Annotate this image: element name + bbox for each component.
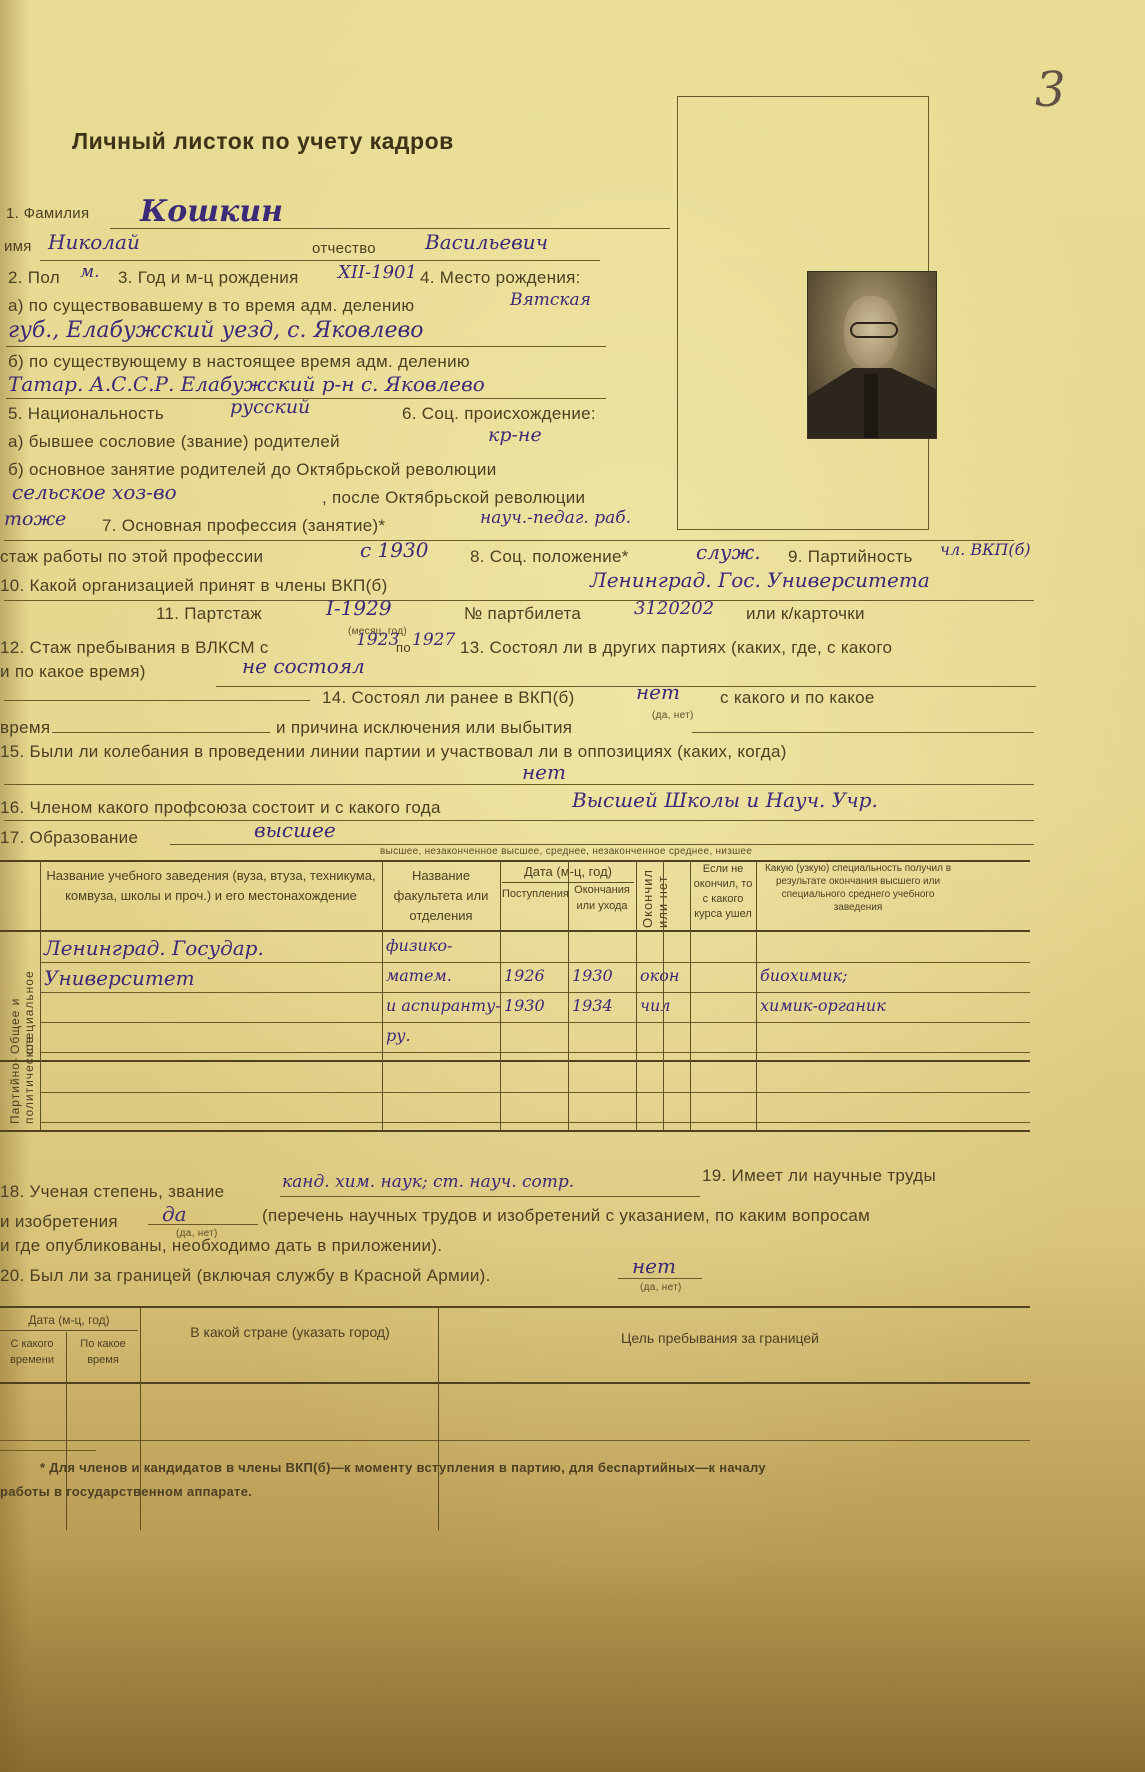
table-col-line	[40, 1060, 41, 1130]
table-col-line	[382, 930, 383, 1060]
profession-since-label: стаж работы по этой профессии	[0, 547, 263, 567]
table-row-line	[40, 1022, 1030, 1023]
patronymic-label: отчество	[312, 240, 376, 257]
education-line	[170, 844, 1034, 845]
abroad-header-rule	[0, 1382, 1030, 1384]
birthplace-old-label: а) по существовавшему в то время адм. де…	[8, 296, 414, 316]
works-label: 19. Имеет ли научные труды	[702, 1166, 936, 1186]
education-value: высшее	[254, 818, 336, 842]
union-label: 16. Членом какого профсоюза состоит и с …	[0, 798, 441, 818]
inventions-label: и изобретения	[0, 1212, 118, 1232]
parents-after-label: , после Октябрьской революции	[322, 488, 585, 508]
table-col-line	[756, 930, 757, 1060]
abroad-col-line	[438, 1306, 439, 1530]
abroad-col-line	[66, 1332, 67, 1530]
surname-line	[110, 228, 670, 229]
exclusion-line	[692, 732, 1034, 733]
nationality-label: 5. Национальность	[8, 404, 164, 424]
name-label: имя	[4, 238, 32, 255]
table-col-line	[756, 1060, 757, 1130]
education-label: 17. Образование	[0, 828, 138, 848]
abroad-header-from: С какого времени	[0, 1336, 64, 1368]
table-cell-specialty: химик-органик	[760, 996, 1026, 1015]
estate-label: а) бывшее сословие (звание) родителей	[8, 432, 340, 452]
exclusion-label: и причина исключения или выбытия	[276, 718, 572, 738]
degree-value: канд. хим. наук; ст. науч. сотр.	[282, 1172, 574, 1192]
komsomol-label: 12. Стаж пребывания в ВЛКСМ с	[0, 638, 269, 658]
header-unfinished: Если не окончил, то с какого курса ушел	[692, 862, 754, 922]
header-exit: Окончания или ухода	[570, 882, 634, 914]
admitted-by-label: 10. Какой организацией принят в члены ВК…	[0, 576, 388, 596]
table-cell-entry: 1926	[504, 966, 564, 985]
abroad-line	[618, 1278, 702, 1279]
table-cell-entry: 1930	[504, 996, 564, 1015]
parents-occupation-before: сельское хоз-во	[12, 480, 177, 504]
header-finished: Окончил или нет	[640, 864, 670, 928]
table-col-line	[382, 1060, 383, 1130]
other-parties-value: не состоял	[242, 654, 365, 678]
table-header-col-line	[756, 860, 757, 930]
header-specialty: Какую (узкую) специальность получил в ре…	[758, 862, 958, 914]
birthplace-old-line	[6, 346, 606, 347]
other-parties-line	[216, 686, 1036, 687]
table-col-line	[40, 930, 41, 1060]
works-value: да	[162, 1202, 187, 1226]
admitted-by-line	[4, 600, 1034, 601]
former-member-hint: (да, нет)	[652, 710, 694, 721]
other-parties-label: 13. Состоял ли в других партиях (каких, …	[460, 638, 892, 658]
opposition-value: нет	[522, 760, 566, 784]
party-card-label: № партбилета	[464, 604, 581, 624]
footnote-rule	[0, 1450, 96, 1451]
social-status-label: 8. Соц. положение*	[470, 547, 629, 567]
profession-label: 7. Основная профессия (занятие)*	[102, 516, 385, 536]
table-row-line	[40, 992, 1030, 993]
table-cell-institution: Университет	[44, 966, 378, 990]
former-member-since-label: с какого и по какое	[720, 688, 875, 708]
abroad-hint: (да, нет)	[640, 1282, 682, 1293]
section-label: Партийно-политическое	[8, 1066, 36, 1124]
party-card-value: 3120202	[634, 598, 714, 619]
abroad-header-purpose: Цель пребывания за границей	[560, 1328, 880, 1348]
party-value: чл. ВКП(б)	[940, 540, 1031, 559]
union-line	[4, 820, 1034, 821]
table-cell-institution: Ленинград. Государ.	[44, 936, 378, 960]
komsomol-to-label: по	[396, 640, 411, 655]
table-col-line	[500, 1060, 501, 1130]
table-cell-faculty: физико-	[386, 936, 496, 955]
surname-value: Кошкин	[140, 194, 283, 229]
table-col-line	[690, 1060, 691, 1130]
birthplace-label: 4. Место рождения:	[420, 268, 581, 288]
social-origin-label: 6. Соц. происхождение:	[402, 404, 596, 424]
table-header-col-line	[690, 860, 691, 930]
table-cell-faculty: матем.	[386, 966, 496, 985]
abroad-header-to: По какое время	[68, 1336, 138, 1368]
page-number: 3	[1035, 62, 1066, 118]
portrait-photo	[808, 272, 936, 438]
works-note: (перечень научных трудов и изобретений с…	[262, 1206, 870, 1226]
sex-value: м.	[80, 262, 100, 282]
former-member-value: нет	[636, 680, 680, 704]
table-col-line	[568, 930, 569, 1060]
abroad-label: 20. Был ли за границей (включая службу в…	[0, 1266, 491, 1286]
former-member-time-label: время	[0, 718, 50, 738]
former-member-label: 14. Состоял ли ранее в ВКП(б)	[322, 688, 575, 708]
document-page: 3 Личный листок по учету кадров 1. Фамил…	[0, 0, 1145, 1772]
surname-label: 1. Фамилия	[6, 205, 89, 222]
party-label: 9. Партийность	[788, 547, 913, 567]
former-member-prefix-line	[4, 700, 310, 701]
abroad-row-line	[0, 1440, 1030, 1441]
abroad-header-date: Дата (м-ц, год)	[0, 1310, 138, 1331]
abroad-value: нет	[632, 1254, 676, 1278]
union-value: Высшей Школы и Науч. Учр.	[572, 788, 878, 812]
table-col-line	[690, 930, 691, 1060]
abroad-header-country: В какой стране (указать город)	[190, 1320, 390, 1344]
table-col-line	[636, 930, 637, 1060]
table-cell-exit: 1934	[572, 996, 632, 1015]
komsomol-from: 1923	[356, 630, 399, 650]
table-col-line	[500, 930, 501, 1060]
profession-since-value: с 1930	[360, 538, 428, 562]
table-section-rule	[0, 1060, 1030, 1062]
nationality-value: русский	[230, 396, 310, 418]
table-cell-faculty: и аспиранту-	[386, 996, 496, 1015]
table-section-rule	[0, 1130, 1030, 1132]
degree-line	[280, 1196, 700, 1197]
table-row-line	[40, 1092, 1030, 1093]
admitted-by-value: Ленинград. Гос. Университета	[590, 568, 930, 592]
social-status-value: служ.	[696, 540, 761, 564]
parents-occupation-label: б) основное занятие родителей до Октябрь…	[8, 460, 497, 480]
profession-value: науч.-педаг. раб.	[480, 508, 631, 528]
birthplace-old-value-1: Вятская	[510, 290, 591, 310]
table-cell-exit: 1930	[572, 966, 632, 985]
page-title: Личный листок по учету кадров	[72, 128, 454, 155]
opposition-label: 15. Были ли колебания в проведении линии…	[0, 742, 787, 762]
header-entry: Поступления	[502, 886, 566, 902]
table-header-date-split	[568, 882, 569, 930]
footnote-line-1: * Для членов и кандидатов в члены ВКП(б)…	[40, 1460, 766, 1475]
birth-label: 3. Год и м-ц рождения	[118, 268, 299, 288]
education-hint: высшее, незаконченное высшее, среднее, н…	[380, 846, 752, 857]
birthplace-old-value-2: губ., Елабужский уезд, с. Яковлево	[8, 318, 424, 343]
table-row-line	[40, 1122, 1030, 1123]
table-header-col-line	[40, 860, 41, 930]
footnote-line-2: работы в государственном аппарате.	[0, 1484, 252, 1499]
header-faculty: Название факультета или отделения	[384, 866, 498, 926]
birthplace-new-label: б) по существующему в настоящее время ад…	[8, 352, 470, 372]
former-time-line	[52, 732, 270, 733]
parents-occupation-after: тоже	[4, 508, 66, 530]
name-line	[40, 260, 600, 261]
works-note-2: и где опубликованы, необходимо дать в пр…	[0, 1236, 442, 1256]
table-col-line	[568, 1060, 569, 1130]
table-finished-split	[663, 860, 664, 1130]
komsomol-to: 1927	[412, 630, 455, 650]
other-parties-label-2: и по какое время)	[0, 662, 146, 682]
table-cell-specialty: биохимик;	[760, 966, 1026, 985]
sex-label: 2. Пол	[8, 268, 60, 288]
patronymic-value: Васильевич	[425, 230, 548, 254]
table-col-line	[636, 1060, 637, 1130]
table-row-line	[40, 1052, 1030, 1053]
name-value: Николай	[48, 230, 140, 254]
card-alt-label: или к/карточки	[746, 604, 865, 624]
abroad-top-rule	[0, 1306, 1030, 1308]
party-since-value: I-1929	[326, 596, 392, 620]
table-header-rule	[0, 930, 1030, 932]
table-row-line	[40, 962, 1030, 963]
birth-value: XII-1901	[338, 262, 417, 283]
header-institution: Название учебного заведения (вуза, втуза…	[44, 866, 378, 906]
birthplace-new-value: Татар. А.С.С.Р. Елабужский р-н с. Яковле…	[8, 372, 485, 396]
profession-line	[4, 540, 1014, 541]
opposition-line	[4, 784, 1034, 785]
table-header-col-line	[382, 860, 383, 930]
degree-label: 18. Ученая степень, звание	[0, 1182, 224, 1202]
party-since-label: 11. Партстаж	[156, 604, 262, 624]
table-header-col-line	[500, 860, 501, 930]
estate-value: кр-не	[488, 424, 542, 446]
table-cell-faculty: ру.	[386, 1026, 496, 1045]
table-header-col-line	[636, 860, 637, 930]
works-line	[148, 1224, 258, 1225]
